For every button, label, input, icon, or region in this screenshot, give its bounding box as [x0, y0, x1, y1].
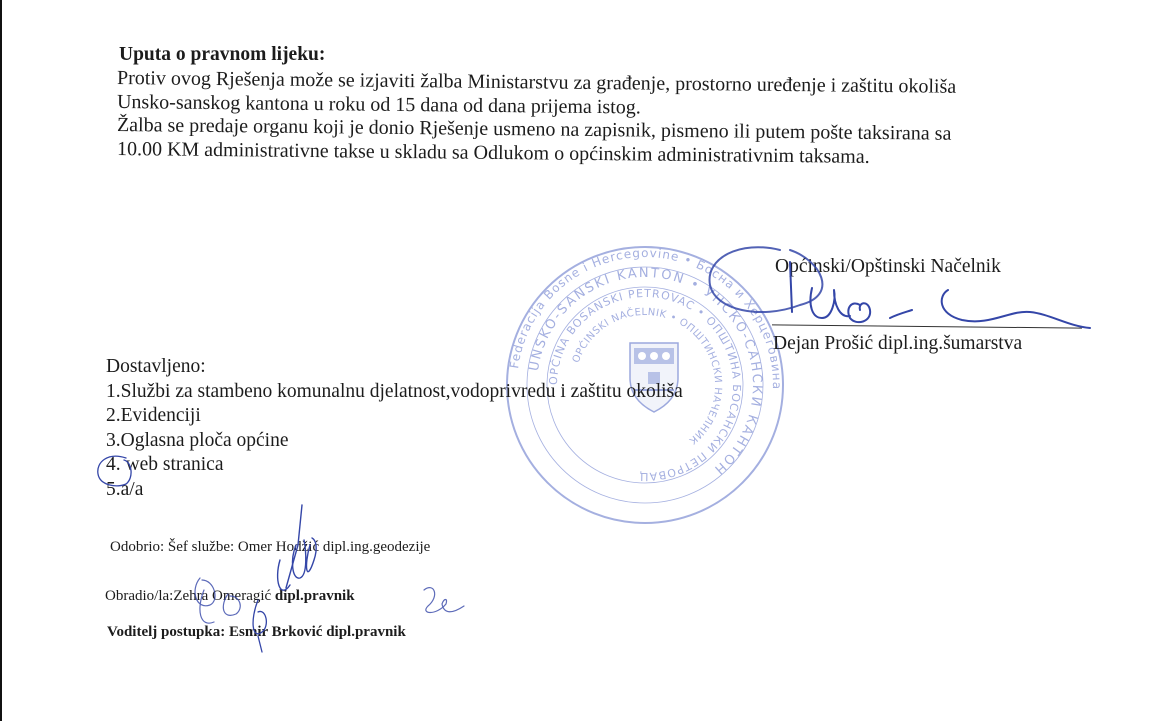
- procedure-manager: Voditelj postupka: Esmir Brković dipl.pr…: [107, 624, 406, 641]
- delivered-item: 5.a/a: [106, 479, 143, 501]
- approved-by: Odobrio: Šef službe: Omer Hodžić dipl.in…: [110, 539, 430, 556]
- page-border: [0, 0, 2, 721]
- processed-by: Obradio/la:Zehra Omeragić dipl.pravnik: [105, 588, 355, 605]
- signatory-name: Dejan Prošić dipl.ing.šumarstva: [773, 333, 1022, 355]
- svg-text:UNSKO-SANSKI KANTON • УНСКО-СА: UNSKO-SANSKI KANTON • УНСКО-САНСКИ КАНТО…: [527, 266, 764, 478]
- delivered-label: Dostavljeno:: [106, 356, 206, 378]
- delivered-item: 4. web stranica: [106, 454, 224, 476]
- delivered-item: 1.Službi za stambeno komunalnu djelatnos…: [106, 381, 683, 403]
- svg-text:Federacija Bosne i Hercegovine: Federacija Bosne i Hercegovine • Босна и…: [507, 246, 784, 390]
- legal-remedy-heading: Uputa o pravnom lijeku:: [119, 44, 325, 66]
- signature-line: [772, 324, 1082, 328]
- svg-text:OPĆINSKI NAČELNIK • ОПШТИНСКИ: OPĆINSKI NAČELNIK • ОПШТИНСКИ НАЧЕЛНИК: [571, 306, 723, 446]
- delivered-item: 3.Oglasna ploča općine: [106, 430, 288, 452]
- processed-by-name: Obradio/la:Zehra Omeragić: [105, 588, 275, 604]
- delivered-item: 2.Evidenciji: [106, 405, 201, 427]
- processed-by-title: dipl.pravnik: [275, 588, 355, 604]
- signatory-title: Općinski/Opštinski Načelnik: [775, 256, 1001, 278]
